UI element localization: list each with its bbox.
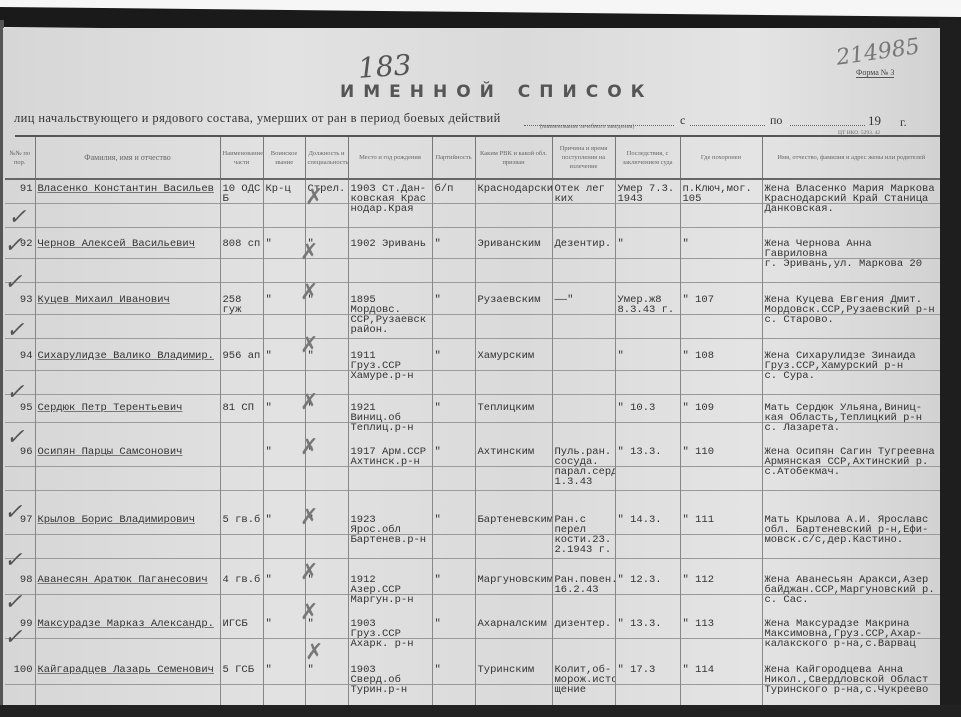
table-row: 99Максурадзе Марказ Александр.ИГСБ""1903… [5, 615, 940, 661]
cell-birth-place-year: 1921 Виниц.об Теплиц.р-н [348, 399, 432, 443]
header-outcome: Последствия, с заключением суда [615, 137, 680, 179]
page-subtitle: лиц начальствующего и рядового состава, … [14, 111, 501, 126]
cell-cause-of-admission: Пуль.ран. сосуда. парал.серд. 1.3.43 [552, 443, 615, 511]
check-mark-icon: ✓ [6, 425, 24, 450]
table-row: 97Крылов Борис Владимирович5 гв.б""1923 … [5, 511, 940, 571]
header-position: Должность и специальность [305, 137, 348, 179]
cell-outcome: " [615, 347, 680, 399]
cell-draft-office: Краснодарским [475, 179, 552, 235]
x-mark-icon: ✗ [305, 640, 323, 665]
cell-full-name: Аванесян Аратюк Паганесович [35, 571, 220, 615]
check-mark-icon: ✓ [8, 205, 26, 230]
cell-birth-place-year: 1902 Эривань [348, 235, 432, 291]
cell-relatives-address: Жена Сихарулидзе Зинаида Груз.ССР,Хамурс… [762, 347, 940, 399]
cell-party: " [432, 291, 475, 347]
table-row: 96Осипян Парцы Самсонович""1917 Арм.ССР … [5, 443, 940, 511]
cell-rank: " [263, 511, 305, 571]
scan-border-bottom [0, 705, 961, 717]
x-mark-icon: ✗ [300, 280, 318, 305]
cell-draft-office: Маргуновским [475, 571, 552, 615]
cell-party: " [432, 347, 475, 399]
header-unit: Наименование части [220, 137, 263, 179]
check-mark-icon: ✓ [4, 548, 22, 573]
cell-draft-office: Ахтинским [475, 443, 552, 511]
cell-burial-place: " 112 [680, 571, 762, 615]
cell-outcome: Умер 7.3. 1943 [615, 179, 680, 235]
cell-burial-place: " 108 [680, 347, 762, 399]
cell-relatives-address: Жена Аванесьян Аракси,Азер байджан.ССР,М… [762, 571, 940, 615]
cell-full-name: Осипян Парцы Самсонович [35, 443, 220, 511]
cell-relatives-address: Мать Сердюк Ульяна,Виниц- кая Область,Те… [762, 399, 940, 443]
x-mark-icon: ✗ [300, 600, 318, 625]
cell-cause-of-admission [552, 399, 615, 443]
cell-burial-place: " 113 [680, 615, 762, 661]
cell-relatives-address: Жена Власенко Мария Маркова Краснодарски… [762, 179, 940, 235]
cell-cause-of-admission: Ран.с перел кости.23. 2.1943 г. [552, 511, 615, 571]
x-mark-icon: ✗ [305, 185, 323, 210]
header-relatives: Имя, отчество, фамилия и адрес жены или … [762, 137, 940, 179]
header-rank: Воинское звание [263, 137, 305, 179]
cell-rank: " [263, 347, 305, 399]
header-number: №№ по пор. [5, 137, 35, 179]
cell-full-name: Сердюк Петр Терентьевич [35, 399, 220, 443]
table-header-row: №№ по пор. Фамилия, имя и отчество Наиме… [5, 137, 940, 179]
cell-draft-office: Хамурским [475, 347, 552, 399]
cell-cause-of-admission: Дезентир. [552, 235, 615, 291]
cell-rank: " [263, 235, 305, 291]
table-row: 94Сихарулидзе Валико Владимир.956 ап""19… [5, 347, 940, 399]
cell-birth-place-year: 1912 Азер.ССР Маргун.р-н [348, 571, 432, 615]
casualty-table: №№ по пор. Фамилия, имя и отчество Наиме… [5, 137, 940, 715]
cell-unit [220, 443, 263, 511]
cell-birth-place-year: 1917 Арм.ССР Ахтинск.р-н [348, 443, 432, 511]
period-to-label: по [770, 113, 782, 128]
cell-rank: " [263, 399, 305, 443]
table-row: 91Власенко Константин Васильев10 ОДС БКр… [5, 179, 940, 235]
cell-unit: ИГСБ [220, 615, 263, 661]
header-birth: Место и год рождения [348, 137, 432, 179]
cell-outcome: " 12.3. [615, 571, 680, 615]
year-suffix: г. [900, 115, 907, 130]
header-buried: Где похоронен [680, 137, 762, 179]
cell-party: " [432, 235, 475, 291]
cell-cause-of-admission: Ран.повен. 16.2.43 [552, 571, 615, 615]
page-title: ИМЕННОЙ СПИСОК [340, 82, 654, 102]
cell-burial-place: " 111 [680, 511, 762, 571]
table-row: 93Куцев Михаил Иванович258 гуж""1895 Мор… [5, 291, 940, 347]
cell-unit: 808 сп [220, 235, 263, 291]
institution-caption: (наименование лечебного заведения) [540, 124, 634, 130]
cell-draft-office: Теплицким [475, 399, 552, 443]
cell-draft-office: Эриванским [475, 235, 552, 291]
cell-outcome: " 14.3. [615, 511, 680, 571]
cell-birth-place-year: 1911 Груз.ССР Хамуре.р-н [348, 347, 432, 399]
cell-unit: 81 СП [220, 399, 263, 443]
cell-full-name: Власенко Константин Васильев [35, 179, 220, 235]
cell-relatives-address: Жена Чернова Анна Гавриловна г. Эривань,… [762, 235, 940, 291]
cell-relatives-address: Жена Максурадзе Макрина Максимовна,Груз.… [762, 615, 940, 661]
check-mark-icon: ✓ [4, 625, 22, 650]
cell-unit: 956 ап [220, 347, 263, 399]
dotted-line-from [690, 125, 765, 126]
handwritten-page-number: 183 [357, 48, 413, 85]
x-mark-icon: ✗ [300, 560, 318, 585]
cell-draft-office: Бартеневским [475, 511, 552, 571]
cell-rank: " [263, 571, 305, 615]
year-prefix: 19 [868, 113, 881, 129]
cell-unit: 5 гв.б [220, 511, 263, 571]
cell-outcome: " [615, 235, 680, 291]
header-rvk: Каким РВК и какой обл. призван [475, 137, 552, 179]
x-mark-icon: ✗ [300, 390, 318, 415]
cell-party: " [432, 399, 475, 443]
cell-cause-of-admission: дизентер. [552, 615, 615, 661]
cell-party: б/п [432, 179, 475, 235]
cell-birth-place-year: 1895 Мордовс. ССР,Рузаевск район. [348, 291, 432, 347]
x-mark-icon: ✗ [300, 505, 318, 530]
cell-full-name: Крылов Борис Владимирович [35, 511, 220, 571]
cell-rank: Кр-ц [263, 179, 305, 235]
cell-full-name: Чернов Алексей Васильевич [35, 235, 220, 291]
cell-birth-place-year: 1923 Ярос.обл Бартенев.р-н [348, 511, 432, 571]
check-mark-icon: ✓ [4, 270, 22, 295]
cell-burial-place: " [680, 235, 762, 291]
cell-full-name: Максурадзе Марказ Александр. [35, 615, 220, 661]
cell-relatives-address: Жена Куцева Евгения Дмит. Мордовск.ССР,Р… [762, 291, 940, 347]
cell-outcome: " 13.3. [615, 443, 680, 511]
cell-burial-place: " 107 [680, 291, 762, 347]
cell-party: " [432, 615, 475, 661]
cell-relatives-address: Мать Крылова А.И. Ярославс обл. Бартенев… [762, 511, 940, 571]
cell-birth-place-year: 1903 Ст.Дан- ковская Крас нодар.Края [348, 179, 432, 235]
cell-full-name: Сихарулидзе Валико Владимир. [35, 347, 220, 399]
cell-unit: 4 гв.б [220, 571, 263, 615]
cell-unit: 10 ОДС Б [220, 179, 263, 235]
cell-rank: " [263, 615, 305, 661]
cell-outcome: Умер.ж8 8.3.43 г. [615, 291, 680, 347]
cell-cause-of-admission: ——" [552, 291, 615, 347]
check-mark-icon: ✓ [6, 380, 24, 405]
cell-party: " [432, 571, 475, 615]
scan-border-right [939, 20, 961, 717]
table-row: 92Чернов Алексей Васильевич808 сп""1902 … [5, 235, 940, 291]
check-mark-icon: ✓ [4, 590, 22, 615]
x-mark-icon: ✗ [300, 240, 318, 265]
cell-party: " [432, 443, 475, 511]
cell-draft-office: Ахарналским [475, 615, 552, 661]
cell-birth-place-year: 1903 Груз.ССР Ахарк. р-н [348, 615, 432, 661]
header-full-name: Фамилия, имя и отчество [35, 137, 220, 179]
cell-cause-of-admission: Отек лег ких [552, 179, 615, 235]
cell-relatives-address: Жена Осипян Сагин Тугреевна Армянская СС… [762, 443, 940, 511]
cell-draft-office: Рузаевским [475, 291, 552, 347]
check-mark-icon: ✓ [4, 233, 22, 258]
check-mark-icon: ✓ [6, 318, 24, 343]
x-mark-icon: ✗ [300, 435, 318, 460]
form-label: Форма № 3 [856, 68, 894, 78]
check-mark-icon: ✓ [4, 500, 22, 525]
cell-unit: 258 гуж [220, 291, 263, 347]
cell-burial-place: " 109 [680, 399, 762, 443]
cell-burial-place: п.Ключ,мог. 105 [680, 179, 762, 235]
x-mark-icon: ✗ [300, 333, 318, 358]
cell-cause-of-admission [552, 347, 615, 399]
period-from-label: с [680, 113, 685, 128]
header-cause: Причина и время поступления на излечение [552, 137, 615, 179]
table-row: 95Сердюк Петр Терентьевич81 СП""1921 Вин… [5, 399, 940, 443]
cell-rank: " [263, 443, 305, 511]
cell-rank: " [263, 291, 305, 347]
cell-outcome: " 13.3. [615, 615, 680, 661]
dotted-line-to [790, 125, 865, 126]
cell-outcome: " 10.3 [615, 399, 680, 443]
header-party: Партийность [432, 137, 475, 179]
cell-full-name: Куцев Михаил Иванович [35, 291, 220, 347]
cell-party: " [432, 511, 475, 571]
table-row: 98Аванесян Аратюк Паганесович4 гв.б""191… [5, 571, 940, 615]
cell-burial-place: " 110 [680, 443, 762, 511]
